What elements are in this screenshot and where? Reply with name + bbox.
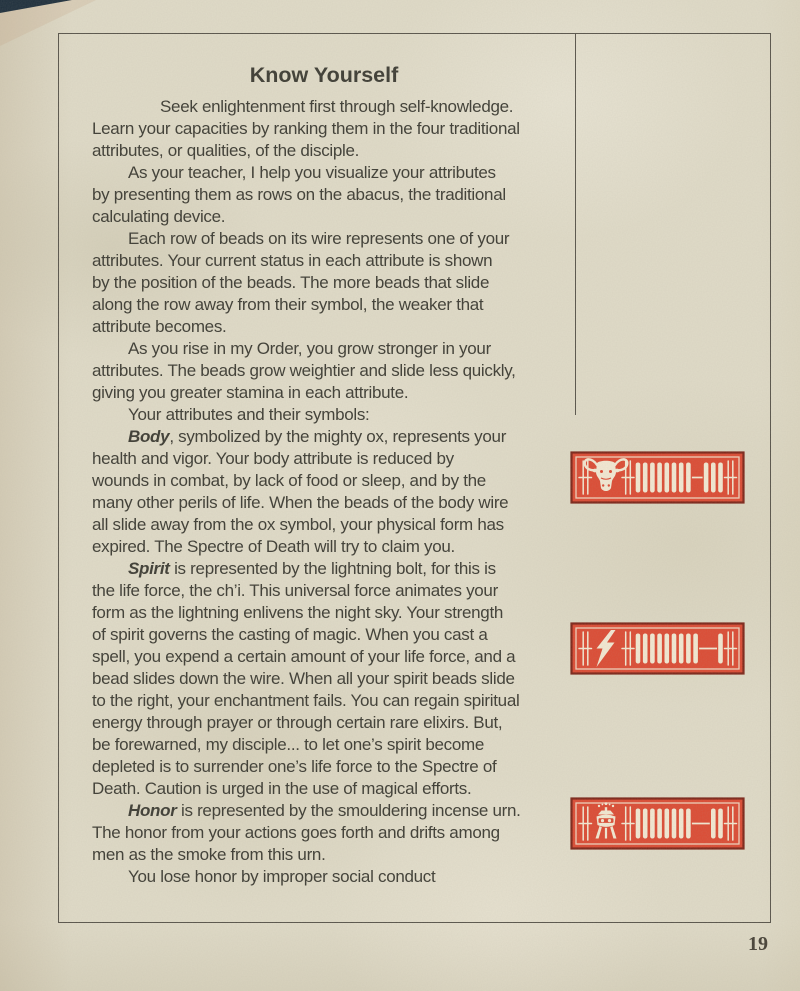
paragraph-text: You lose honor by improper social conduc… — [128, 867, 435, 886]
paragraph-3: Each row of beads on its wire represents… — [92, 228, 592, 338]
paragraph-4: As you rise in my Order, you grow strong… — [92, 338, 592, 404]
paragraph-text: Your attributes and their symbols: — [128, 405, 369, 424]
abacus-banner-body — [570, 451, 745, 504]
abacus-banner-honor — [570, 797, 745, 850]
text-column: Know Yourself Seek enlightenment first t… — [92, 62, 592, 888]
paragraph-text: Each row of beads on its wire represents… — [92, 229, 509, 336]
page-number: 19 — [748, 933, 768, 956]
paragraph-text: Seek enlightenment first through self-kn… — [92, 97, 520, 160]
paragraph-8: Honor is represented by the smouldering … — [92, 800, 592, 866]
paragraph-9: You lose honor by improper social conduc… — [92, 866, 592, 888]
body-text: Seek enlightenment first through self-kn… — [92, 96, 592, 888]
paragraph-1: Seek enlightenment first through self-kn… — [92, 96, 592, 162]
paragraph-text: As your teacher, I help you visualize yo… — [92, 163, 506, 226]
paragraph-2: As your teacher, I help you visualize yo… — [92, 162, 592, 228]
attribute-name-lead: Honor — [128, 801, 177, 820]
paragraph-6: Body, symbolized by the mighty ox, repre… — [92, 426, 592, 558]
abacus-banner-spirit — [570, 622, 745, 675]
paragraph-text: , symbolized by the mighty ox, represent… — [92, 427, 508, 556]
page-title: Know Yourself — [92, 62, 556, 88]
paragraph-text: is represented by the lightning bolt, fo… — [92, 559, 519, 798]
attribute-name-lead: Body — [128, 427, 169, 446]
paragraph-text: As you rise in my Order, you grow strong… — [92, 339, 516, 402]
paragraph-5: Your attributes and their symbols: — [92, 404, 592, 426]
attribute-name-lead: Spirit — [128, 559, 170, 578]
paragraph-7: Spirit is represented by the lightning b… — [92, 558, 592, 800]
